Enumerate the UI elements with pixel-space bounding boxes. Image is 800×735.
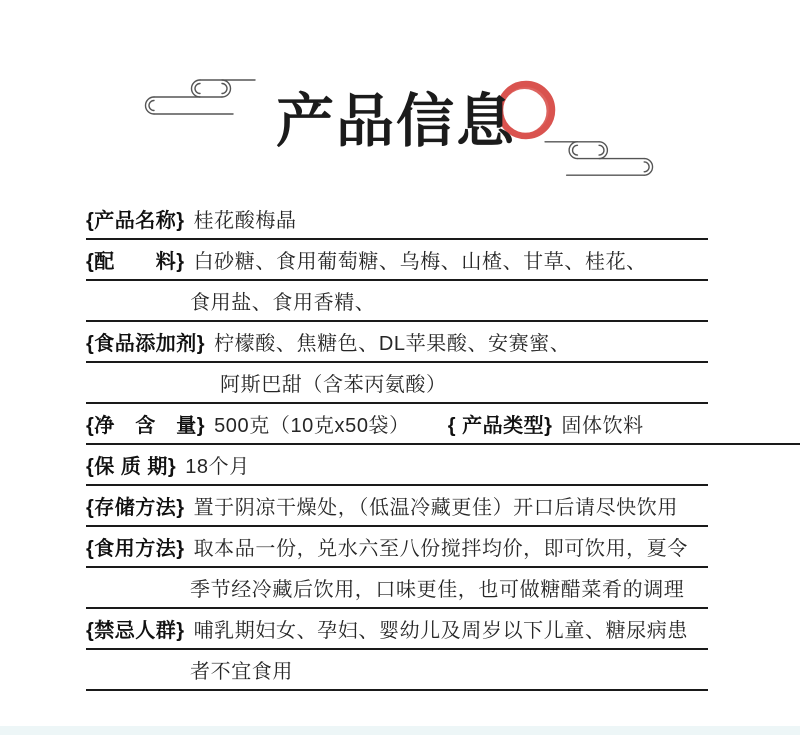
row-label: {保 质 期}	[86, 450, 176, 479]
cloud-ornament-right-icon	[542, 134, 662, 187]
row-label-product-type: { 产品类型}	[448, 409, 553, 438]
row-label: {禁忌人群}	[86, 614, 185, 643]
row-shelf-life: {保 质 期} 18个月	[86, 445, 708, 486]
row-value: 500克（10克x50袋）	[214, 409, 410, 438]
row-value: 桂花酸梅晶	[194, 204, 297, 233]
row-value: 取本品一份，兑水六至八份搅拌均价，即可饮用，夏令	[194, 532, 688, 561]
row-value: 柠檬酸、焦糖色、DL苹果酸、安赛蜜、	[214, 327, 570, 356]
row-value: 白砂糖、食用葡萄糖、乌梅、山楂、甘草、桂花、	[194, 245, 647, 274]
row-additives-line-2: 阿斯巴甜（含苯丙氨酸）	[86, 363, 708, 404]
row-value-continued: 食用盐、食用香精、	[190, 286, 375, 315]
row-ingredients-line-1: {配 料} 白砂糖、食用葡萄糖、乌梅、山楂、甘草、桂花、	[86, 240, 708, 281]
row-contraindications-line-2: 者不宜食用	[86, 650, 708, 691]
row-additives-line-1: {食品添加剂} 柠檬酸、焦糖色、DL苹果酸、安赛蜜、	[86, 322, 708, 363]
row-label: {配 料}	[86, 245, 185, 274]
row-value-continued: 阿斯巴甜（含苯丙氨酸）	[220, 368, 447, 397]
row-label: {食用方法}	[86, 532, 185, 561]
page-header: 产品信息	[0, 0, 800, 200]
product-info-table: {产品名称} 桂花酸梅晶 {配 料} 白砂糖、食用葡萄糖、乌梅、山楂、甘草、桂花…	[86, 199, 708, 691]
row-product-name: {产品名称} 桂花酸梅晶	[86, 199, 708, 240]
row-ingredients-line-2: 食用盐、食用香精、	[86, 281, 708, 322]
row-value-continued: 者不宜食用	[190, 655, 293, 684]
row-storage-method: {存储方法} 置于阴凉干燥处，（低温冷藏更佳）开口后请尽快饮用	[86, 486, 708, 527]
row-value: 置于阴凉干燥处，（低温冷藏更佳）开口后请尽快饮用	[194, 491, 678, 520]
cloud-ornament-left-icon	[136, 72, 258, 126]
row-usage-line-2: 季节经冷藏后饮用，口味更佳，也可做糖醋菜肴的调理	[86, 568, 708, 609]
row-usage-line-1: {食用方法} 取本品一份，兑水六至八份搅拌均价，即可饮用，夏令	[86, 527, 708, 568]
row-label: {食品添加剂}	[86, 327, 205, 356]
product-info-page: 产品信息 {产品名称} 桂花酸梅晶 {配 料} 白砂糖、食用葡萄糖、乌梅、山楂、…	[0, 0, 800, 735]
row-value: 18个月	[185, 450, 250, 479]
row-value-product-type: 固体饮料	[561, 409, 643, 438]
row-label: {产品名称}	[86, 204, 185, 233]
row-value-continued: 季节经冷藏后饮用，口味更佳，也可做糖醋菜肴的调理	[190, 573, 684, 602]
row-net-weight-and-type: {净 含 量} 500克（10克x50袋） { 产品类型} 固体饮料	[86, 404, 800, 445]
row-label: {净 含 量}	[86, 409, 205, 438]
row-contraindications-line-1: {禁忌人群} 哺乳期妇女、孕妇、婴幼儿及周岁以下儿童、糖尿病患	[86, 609, 708, 650]
row-label: {存储方法}	[86, 491, 185, 520]
row-value: 哺乳期妇女、孕妇、婴幼儿及周岁以下儿童、糖尿病患	[194, 614, 688, 643]
footer-accent-bar	[0, 726, 800, 735]
page-title: 产品信息	[276, 88, 516, 156]
